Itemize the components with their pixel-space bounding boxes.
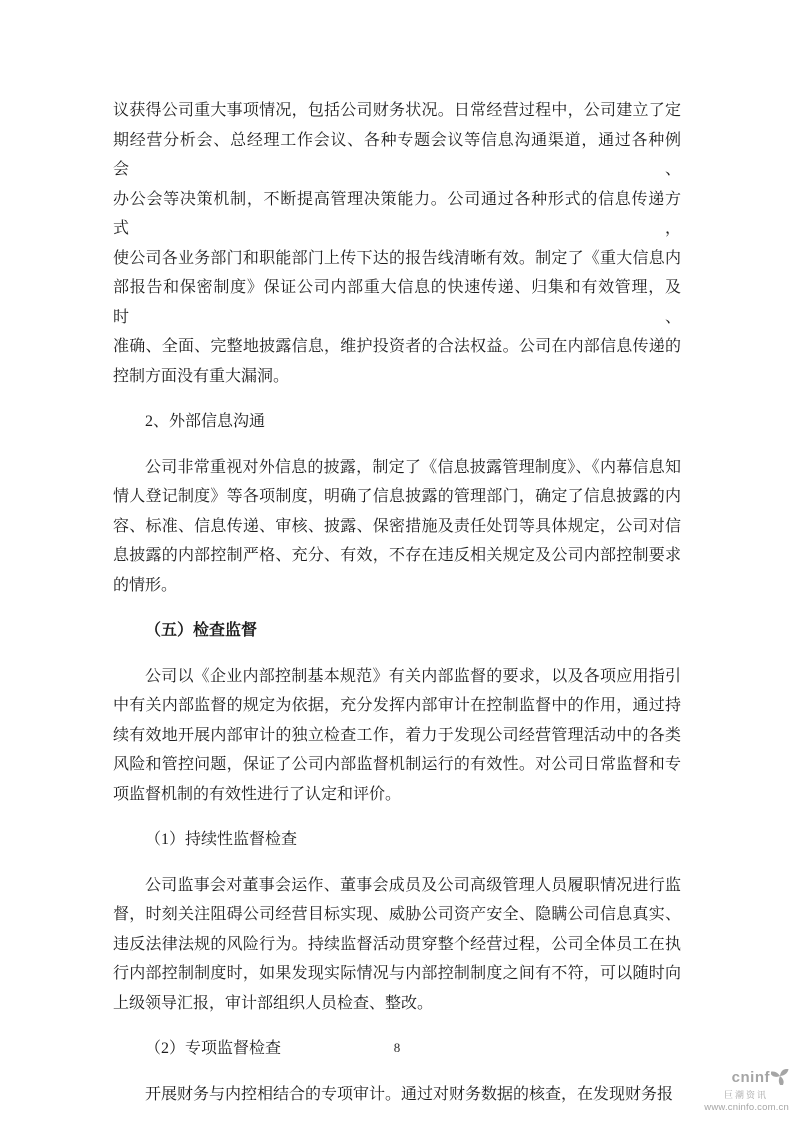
text-line: 违反法律法规的风险行为。持续监督活动贯穿整个经营过程，公司全体员工在执 — [113, 930, 681, 960]
paragraph-internal-information-transfer: 议获得公司重大事项情况，包括公司财务状况。日常经营过程中，公司建立了定期经营分析… — [113, 96, 681, 391]
text-line: 项监督机制的有效性进行了认定和评价。 — [113, 780, 681, 810]
cninfo-watermark: cninf 巨潮资讯 www.cninfo.com.cn — [699, 1067, 789, 1113]
paragraph-special-audit: 开展财务与内控相结合的专项审计。通过对财务数据的核查，在发现财务报 — [113, 1080, 681, 1110]
document-page: 议获得公司重大事项情况，包括公司财务状况。日常经营过程中，公司建立了定期经营分析… — [0, 0, 793, 1122]
cninfo-brand-name: 巨潮资讯 — [699, 1091, 789, 1100]
cninfo-logo-row: cninf — [699, 1067, 789, 1089]
heading-external-information-communication: 2、外部信息沟通 — [113, 407, 681, 437]
paragraph-external-disclosure: 公司非常重视对外信息的披露，制定了《信息披露管理制度》、《内幕信息知情人登记制度… — [113, 453, 681, 601]
text-line: 公司以《企业内部控制基本规范》有关内部监督的要求，以及各项应用指引 — [113, 662, 681, 692]
text-line: 准确、全面、完整地披露信息，维护投资者的合法权益。公司在内部信息传递的 — [113, 332, 681, 362]
text-line: 上级领导汇报，审计部组织人员检查、整改。 — [113, 989, 681, 1019]
paragraph-supervision-overview: 公司以《企业内部控制基本规范》有关内部监督的要求，以及各项应用指引中有关内部监督… — [113, 662, 681, 810]
text-line: 续有效地开展内部审计的独立检查工作，着力于发现公司经营管理活动中的各类 — [113, 721, 681, 751]
cninfo-website-url: www.cninfo.com.cn — [699, 1103, 789, 1113]
paragraph-continuous-supervision: 公司监事会对董事会运作、董事会成员及公司高级管理人员履职情况进行监督，时刻关注阻… — [113, 871, 681, 1019]
text-line: 使公司各业务部门和职能部门上传下达的报告线清晰有效。制定了《重大信息内 — [113, 244, 681, 274]
text-line: 行内部控制制度时，如果发现实际情况与内部控制制度之间有不符，可以随时向 — [113, 959, 681, 989]
heading-continuous-supervision-check: （1）持续性监督检查 — [113, 825, 681, 855]
text-line: 议获得公司重大事项情况，包括公司财务状况。日常经营过程中，公司建立了定 — [113, 96, 681, 126]
text-line: 督，时刻关注阻碍公司经营目标实现、威胁公司资产安全、隐瞒公司信息真实、 — [113, 900, 681, 930]
cninfo-logo-text: cninf — [732, 1070, 770, 1085]
footer-page-number: 8 — [113, 1040, 681, 1056]
text-line: 息披露的内部控制严格、充分、有效，不存在违反相关规定及公司内部控制要求 — [113, 541, 681, 571]
text-line: 的情形。 — [113, 571, 681, 601]
text-line: 中有关内部监督的规定为依据，充分发挥内部审计在控制监督中的作用，通过持 — [113, 691, 681, 721]
text-line: 容、标准、信息传递、审核、披露、保密措施及责任处罚等具体规定，公司对信 — [113, 512, 681, 542]
text-line: 公司非常重视对外信息的披露，制定了《信息披露管理制度》、《内幕信息知 — [113, 453, 681, 483]
text-line: 办公会等决策机制，不断提高管理决策能力。公司通过各种形式的信息传递方式， — [113, 185, 681, 244]
text-line: 期经营分析会、总经理工作会议、各种专题会议等信息沟通渠道，通过各种例会、 — [113, 126, 681, 185]
cninfo-logo-icon — [771, 1067, 789, 1089]
heading-inspection-supervision: （五）检查监督 — [113, 616, 681, 646]
text-line: 开展财务与内控相结合的专项审计。通过对财务数据的核查，在发现财务报 — [113, 1080, 681, 1110]
text-line: 部报告和保密制度》保证公司内部重大信息的快速传递、归集和有效管理，及时、 — [113, 273, 681, 332]
text-line: 情人登记制度》等各项制度，明确了信息披露的管理部门，确定了信息披露的内 — [113, 482, 681, 512]
text-line: 公司监事会对董事会运作、董事会成员及公司高级管理人员履职情况进行监 — [113, 871, 681, 901]
document-body: 议获得公司重大事项情况，包括公司财务状况。日常经营过程中，公司建立了定期经营分析… — [113, 96, 681, 1122]
text-line: 控制方面没有重大漏洞。 — [113, 362, 681, 392]
text-line: 风险和管控问题，保证了公司内部监督机制运行的有效性。对公司日常监督和专 — [113, 750, 681, 780]
